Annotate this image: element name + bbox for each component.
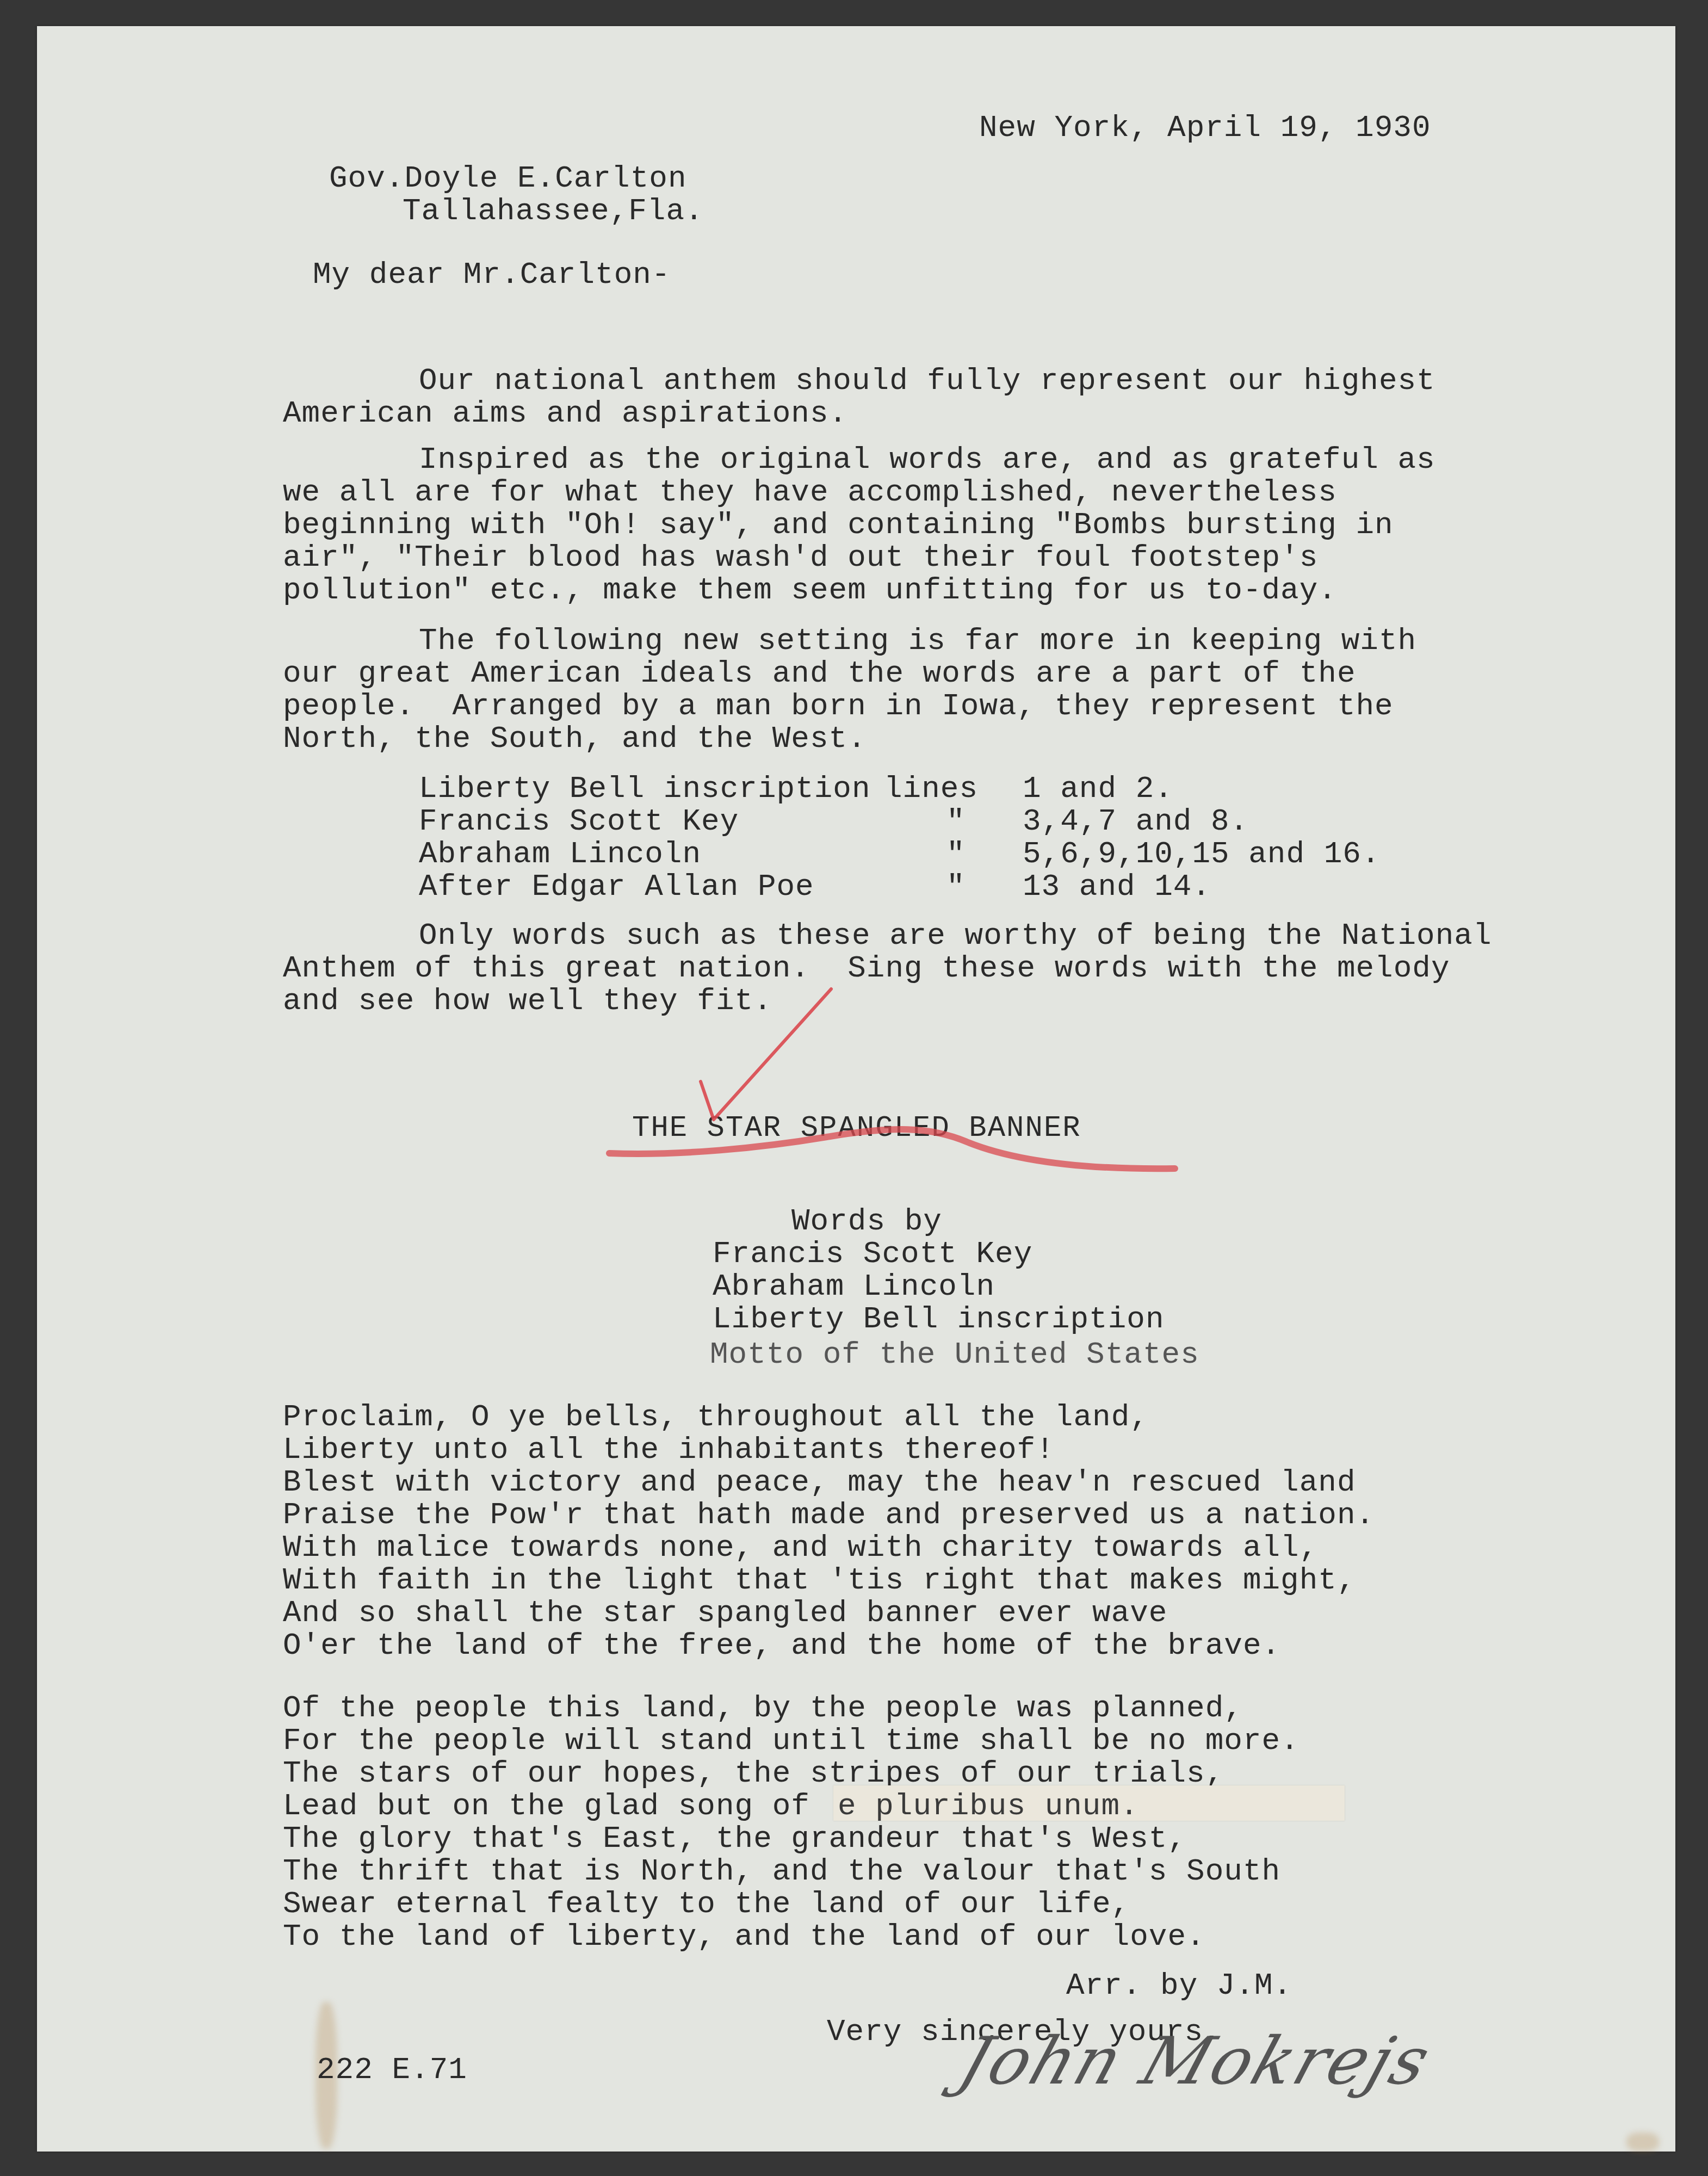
credit-line: Francis Scott Key <box>713 1238 1032 1270</box>
verse-line: Lead but on the glad song of <box>283 1790 829 1822</box>
verse-line: And so shall the star spangled banner ev… <box>283 1597 1167 1629</box>
verse-line: Of the people this land, by the people w… <box>283 1692 1243 1724</box>
checkmark-icon <box>701 989 831 1120</box>
verse-line: For the people will stand until time sha… <box>283 1724 1299 1757</box>
verse-line: O'er the land of the free, and the home … <box>283 1629 1280 1662</box>
pasted-correction-text: e pluribus unum. <box>838 1790 1139 1822</box>
verse-line: The glory that's East, the grandeur that… <box>283 1822 1186 1855</box>
credit-line: Liberty Bell inscription <box>713 1303 1165 1336</box>
title-underline <box>609 1129 1175 1169</box>
verse-line: Blest with victory and peace, may the he… <box>283 1466 1356 1499</box>
verse-line: Liberty unto all the inhabitants thereof… <box>283 1433 1055 1466</box>
credit-line: Abraham Lincoln <box>713 1270 995 1303</box>
verse-line: With faith in the light that 'tis right … <box>283 1564 1356 1597</box>
verse-line: With malice towards none, and with chari… <box>283 1531 1318 1564</box>
verse-line: The stars of our hopes, the stripes of o… <box>283 1757 1224 1790</box>
sender-address: 222 E.71 <box>317 2054 467 2086</box>
verse-line: The thrift that is North, and the valour… <box>283 1855 1280 1888</box>
verse-line: To the land of liberty, and the land of … <box>283 1920 1205 1953</box>
credit-line: Motto of the United States <box>710 1338 1199 1371</box>
arranger-credit: Arr. by J.M. <box>1066 1969 1292 2002</box>
verse-line: Swear eternal fealty to the land of our … <box>283 1888 1130 1920</box>
verse-line: Proclaim, O ye bells, throughout all the… <box>283 1401 1149 1433</box>
verse-line: Praise the Pow'r that hath made and pres… <box>283 1499 1375 1531</box>
credits-heading: Words by <box>791 1205 942 1238</box>
signature: John Mokrejs <box>950 2024 1440 2099</box>
